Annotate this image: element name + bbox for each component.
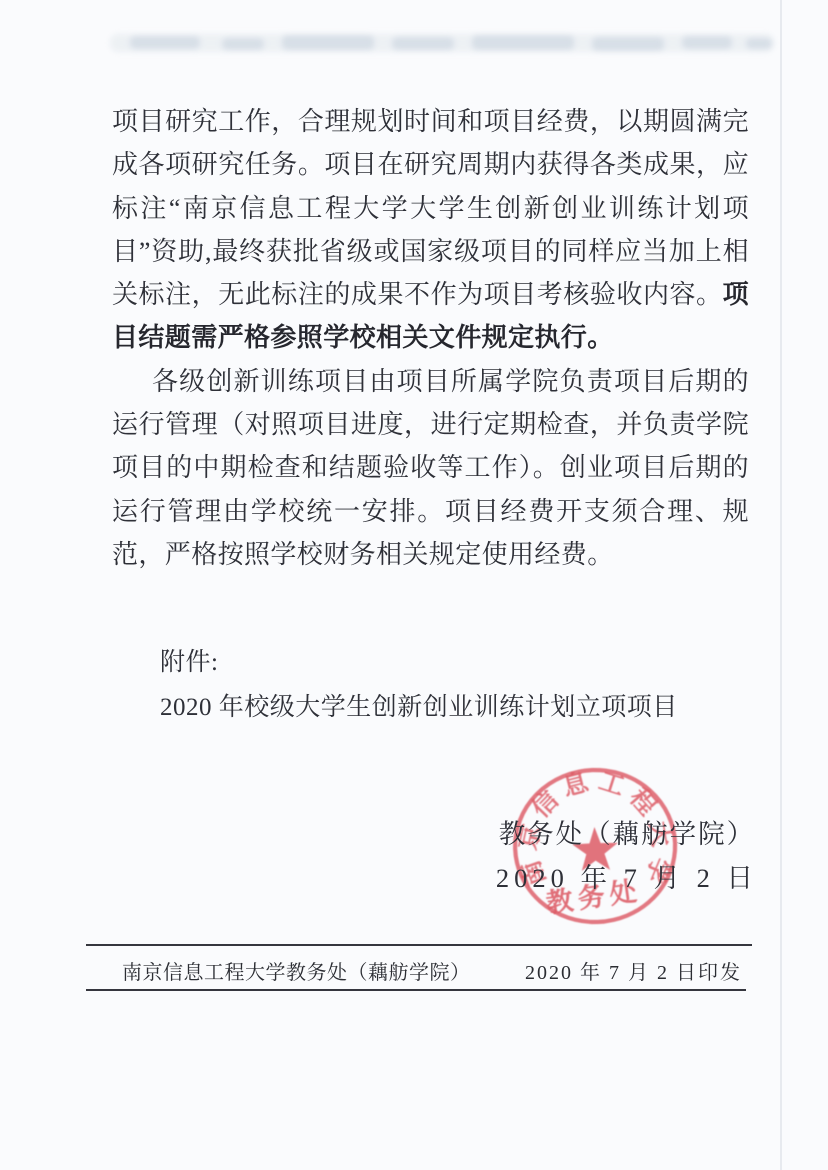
scanned-document-page: 项目研究工作，合理规划时间和项目经费，以期圆满完成各项研究任务。项目在研究周期内… (0, 0, 828, 1170)
footer-row: 南京信息工程大学教务处（藕舫学院） 2020 年 7 月 2 日印发 (86, 956, 752, 984)
footer-print-date: 2020 年 7 月 2 日印发 (525, 956, 742, 985)
signature-date: 2020 年 7 月 2 日 (496, 856, 758, 900)
attachment-item: 2020 年校级大学生创新创业训练计划立项项目 (112, 685, 678, 730)
bleedthrough-artifact (282, 35, 374, 50)
bleedthrough-artifact (746, 38, 772, 49)
attachment-label: 附件: (112, 640, 678, 685)
footer-issuer: 南京信息工程大学教务处（藕舫学院） (122, 956, 471, 985)
paragraph-text: 项目研究工作，合理规划时间和项目经费，以期圆满完成各项研究任务。项目在研究周期内… (112, 107, 749, 309)
footer-divider-top (86, 944, 752, 946)
body-paragraph-1: 项目研究工作，合理规划时间和项目经费，以期圆满完成各项研究任务。项目在研究周期内… (112, 100, 749, 360)
bleedthrough-artifact (592, 37, 664, 51)
body-paragraph-2: 各级创新训练项目由项目所属学院负责项目后期的运行管理（对照项目进度，进行定期检查… (112, 360, 749, 576)
signature-block: 教务处（藕舫学院） 2020 年 7 月 2 日 (496, 812, 758, 900)
bleedthrough-artifact (392, 37, 454, 50)
page-edge-artifact (780, 0, 782, 1170)
bleedthrough-band (110, 26, 774, 62)
bleedthrough-artifact (130, 36, 200, 49)
document-body: 项目研究工作，合理规划时间和项目经费，以期圆满完成各项研究任务。项目在研究周期内… (112, 100, 749, 576)
bleedthrough-artifact (682, 36, 732, 49)
signature-department: 教务处（藕舫学院） (496, 812, 758, 856)
footer-divider-bottom (86, 989, 746, 991)
bleedthrough-artifact (222, 38, 264, 50)
attachment-section: 附件: 2020 年校级大学生创新创业训练计划立项项目 (112, 640, 678, 730)
bleedthrough-artifact (472, 35, 574, 50)
